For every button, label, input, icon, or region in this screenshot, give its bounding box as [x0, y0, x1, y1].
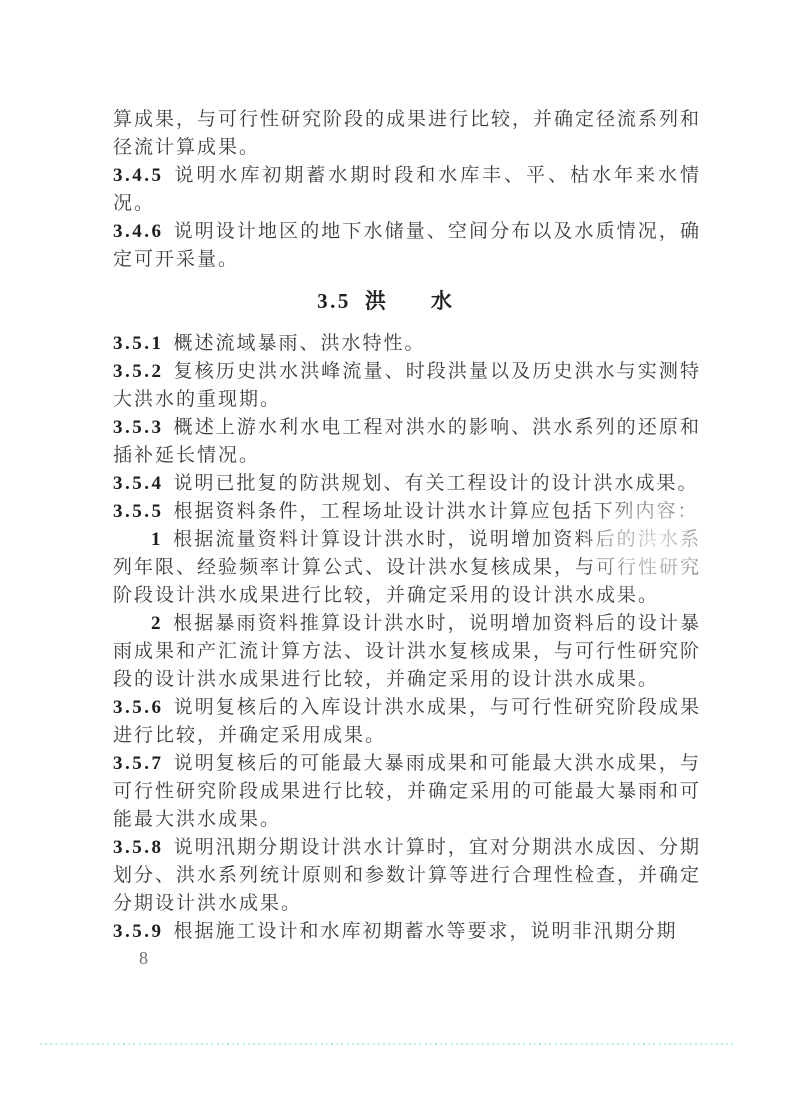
clause-text: 说明已批复的防洪规划、有关工程设计的设计洪水成果。 — [174, 473, 699, 494]
clause-number: 3.5.4 — [113, 473, 164, 494]
page-number: 8 — [139, 948, 148, 968]
clause-3-5-6: 3.5.6说明复核后的入库设计洪水成果，与可行性研究阶段成果进行比较，并确定采用… — [113, 694, 701, 750]
clause-text: 复核历史洪水洪峰流量、时段洪量以及历史洪水与实测特大洪水的重现期。 — [113, 361, 701, 410]
clause-3-5-3: 3.5.3概述上游水利水电工程对洪水的影响、洪水系列的还原和插补延长情况。 — [113, 414, 701, 470]
clause-number: 3.5.5 — [113, 501, 164, 522]
clause-text: 说明复核后的入库设计洪水成果，与可行性研究阶段成果进行比较，并确定采用成果。 — [113, 697, 701, 746]
clause-number: 3.5.7 — [113, 753, 164, 774]
clause-number: 3.5.6 — [113, 697, 164, 718]
clause-text: 说明汛期分期设计洪水计算时，宜对分期洪水成因、分期划分、洪水系列统计原则和参数计… — [113, 837, 701, 914]
clause-text: 根据暴雨资料推算设计洪水时，说明增加资料后的设计暴雨成果和产汇流计算方法、设计洪… — [113, 613, 701, 690]
continued-paragraph: 算成果，与可行性研究阶段的成果进行比较，并确定径流系列和径流计算成果。 — [113, 106, 701, 162]
clause-3-5-9: 3.5.9根据施工设计和水库初期蓄水等要求，说明非汛期分期 — [113, 918, 701, 946]
clause-text: 算成果，与可行性研究阶段的成果进行比较，并确定径流系列和径流计算成果。 — [113, 109, 701, 158]
clause-3-5-5: 3.5.5根据资料条件，工程场址设计洪水计算应包括下列内容： — [113, 498, 701, 526]
clause-number: 3.5.2 — [113, 361, 164, 382]
clause-text: 根据流量资料计算设计洪水时，说明增加资料后的洪水系列年限、经验频率计算公式、设计… — [113, 529, 701, 606]
clause-number: 3.5.9 — [113, 921, 164, 942]
clause-3-4-6: 3.4.6说明设计地区的地下水储量、空间分布以及水质情况，确定可开采量。 — [113, 218, 701, 274]
subitem-number: 1 — [151, 529, 163, 550]
text-column: 算成果，与可行性研究阶段的成果进行比较，并确定径流系列和径流计算成果。 3.4.… — [113, 106, 701, 946]
clause-3-5-8: 3.5.8说明汛期分期设计洪水计算时，宜对分期洪水成因、分期划分、洪水系列统计原… — [113, 834, 701, 918]
section-heading-3-5: 3.5洪 水 — [91, 287, 679, 315]
section-title: 洪 水 — [365, 289, 453, 313]
subitem-number: 2 — [151, 613, 163, 634]
clause-number: 3.4.5 — [113, 165, 164, 186]
clause-number: 3.5.1 — [113, 333, 164, 354]
clause-3-5-7: 3.5.7说明复核后的可能最大暴雨成果和可能最大洪水成果，与可行性研究阶段成果进… — [113, 750, 701, 834]
subitem-1: 1根据流量资料计算设计洪水时，说明增加资料后的洪水系列年限、经验频率计算公式、设… — [113, 526, 701, 610]
clause-text: 概述上游水利水电工程对洪水的影响、洪水系列的还原和插补延长情况。 — [113, 417, 701, 466]
section-number: 3.5 — [317, 289, 351, 313]
clause-number: 3.5.8 — [113, 837, 164, 858]
document-page: 算成果，与可行性研究阶段的成果进行比较，并确定径流系列和径流计算成果。 3.4.… — [0, 0, 792, 1120]
clause-3-5-1: 3.5.1概述流域暴雨、洪水特性。 — [113, 330, 701, 358]
clause-3-4-5: 3.4.5说明水库初期蓄水期时段和水库丰、平、枯水年来水情况。 — [113, 162, 701, 218]
clause-3-5-4: 3.5.4说明已批复的防洪规划、有关工程设计的设计洪水成果。 — [113, 470, 701, 498]
clause-text: 根据施工设计和水库初期蓄水等要求，说明非汛期分期 — [174, 921, 678, 942]
clause-text: 根据资料条件，工程场址设计洪水计算应包括下列内容： — [174, 501, 699, 522]
clause-text: 概述流域暴雨、洪水特性。 — [174, 333, 426, 354]
clause-3-5-2: 3.5.2复核历史洪水洪峰流量、时段洪量以及历史洪水与实测特大洪水的重现期。 — [113, 358, 701, 414]
clause-text: 说明设计地区的地下水储量、空间分布以及水质情况，确定可开采量。 — [113, 221, 701, 270]
clause-number: 3.5.3 — [113, 417, 164, 438]
clause-text: 说明复核后的可能最大暴雨成果和可能最大洪水成果，与可行性研究阶段成果进行比较，并… — [113, 753, 701, 830]
dotted-separator — [40, 1043, 734, 1045]
clause-number: 3.4.6 — [113, 221, 164, 242]
subitem-2: 2根据暴雨资料推算设计洪水时，说明增加资料后的设计暴雨成果和产汇流计算方法、设计… — [113, 610, 701, 694]
clause-text: 说明水库初期蓄水期时段和水库丰、平、枯水年来水情况。 — [113, 165, 701, 214]
